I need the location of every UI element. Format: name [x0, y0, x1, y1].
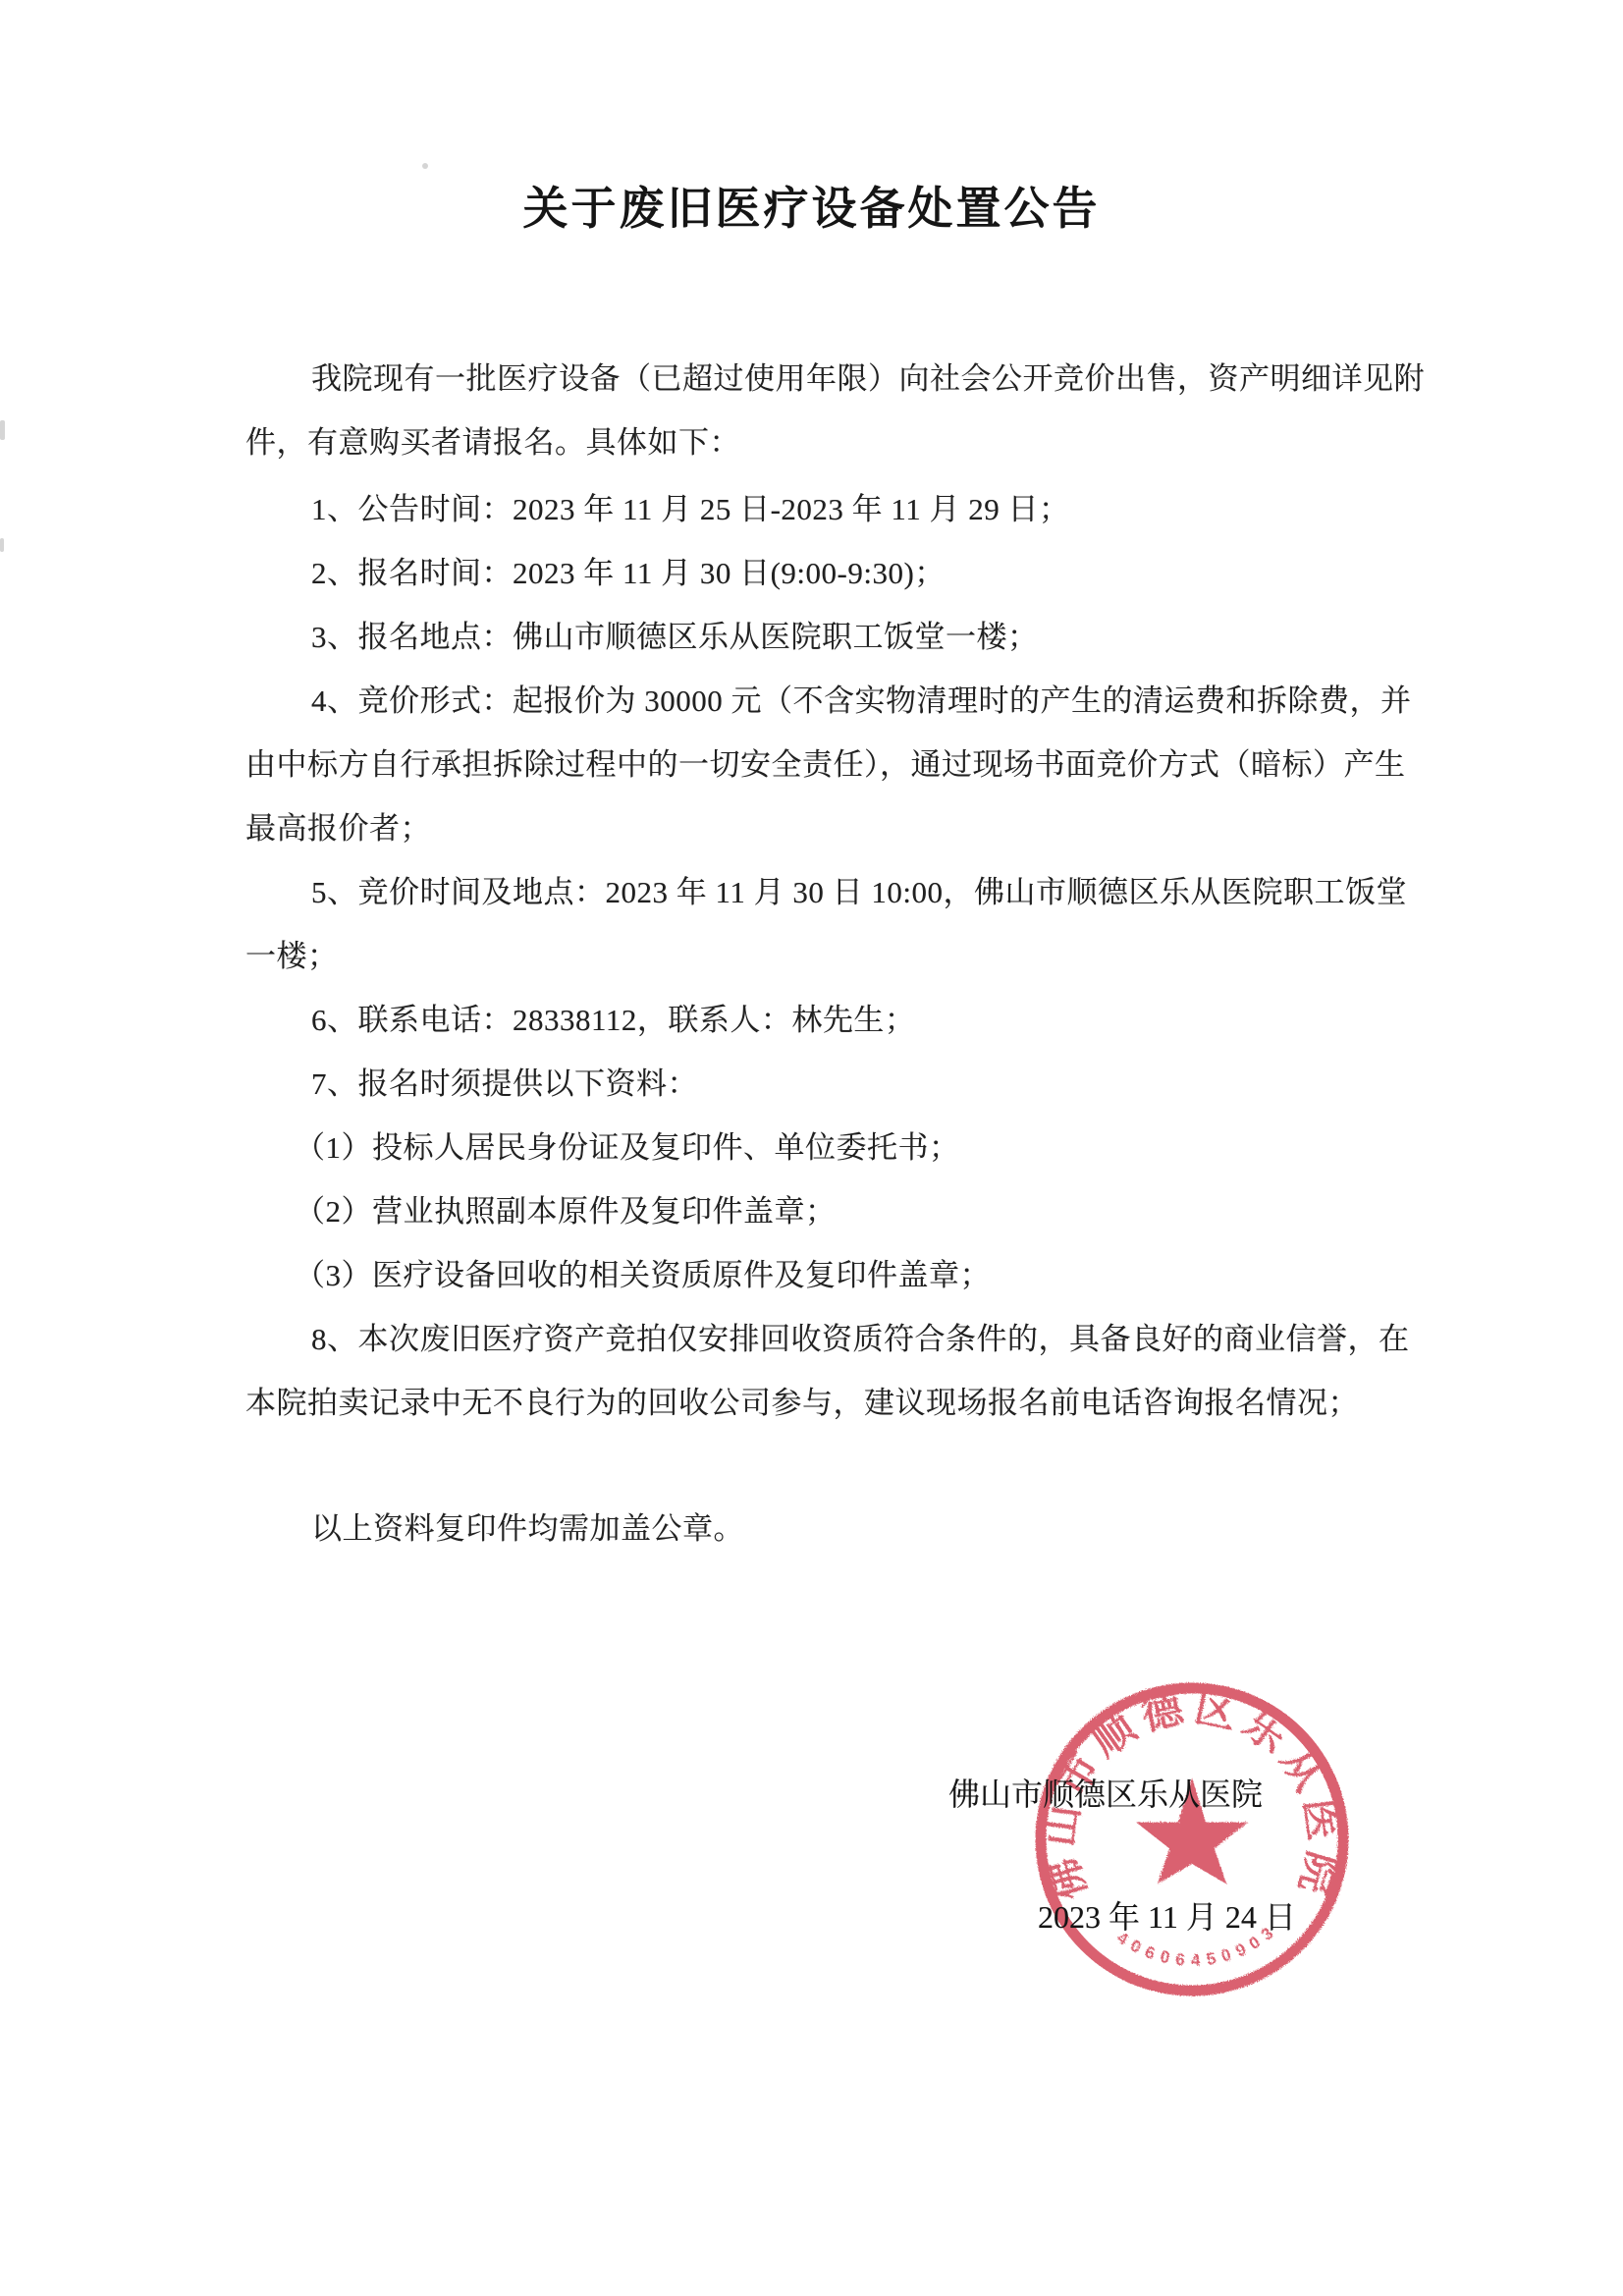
body-line: （2）营业执照副本原件及复印件盖章； — [295, 1192, 837, 1231]
body-line: 最高报价者； — [245, 809, 431, 848]
official-seal: 佛山市顺德区乐从医院 406064509031 — [1028, 1675, 1356, 2003]
signature-org: 佛山市顺德区乐从医院 — [948, 1770, 1263, 1815]
scan-noise-speck — [422, 163, 428, 169]
body-line: 3、报名地点：佛山市顺德区乐从医院职工饭堂一楼； — [311, 618, 1039, 657]
body-line: 件，有意购买者请报名。具体如下： — [245, 423, 740, 463]
body-line: 4、竞价形式：起报价为 30000 元（不含实物清理时的产生的清运费和拆除费，并 — [311, 682, 1412, 721]
document-page: 关于废旧医疗设备处置公告 我院现有一批医疗设备（已超过使用年限）向社会公开竞价出… — [0, 0, 1623, 2296]
scan-noise-edge — [0, 420, 5, 440]
body-line: （1）投标人居民身份证及复印件、单位委托书； — [295, 1128, 960, 1168]
body-line: 由中标方自行承担拆除过程中的一切安全责任），通过现场书面竞价方式（暗标）产生 — [245, 745, 1406, 785]
body-line: 7、报名时须提供以下资料： — [311, 1065, 698, 1104]
body-line: 6、联系电话：28338112，联系人：林先生； — [311, 1001, 915, 1040]
scan-noise-edge — [0, 538, 4, 552]
signature-date: 2023 年 11 月 24 日 — [1038, 1892, 1296, 1938]
body-line: 以上资料复印件均需加盖公章。 — [311, 1509, 744, 1549]
body-line: （3）医疗设备回收的相关资质原件及复印件盖章； — [295, 1256, 991, 1295]
document-title: 关于废旧医疗设备处置公告 — [0, 173, 1623, 238]
body-line: 本院拍卖记录中无不良行为的回收公司参与，建议现场报名前电话咨询报名情况； — [245, 1384, 1359, 1423]
body-line: 5、竞价时间及地点：2023 年 11 月 30 日 10:00，佛山市顺德区乐… — [311, 873, 1407, 912]
body-line: 8、本次废旧医疗资产竞拍仅安排回收资质符合条件的，具备良好的商业信誉，在 — [311, 1320, 1410, 1359]
body-line: 我院现有一批医疗设备（已超过使用年限）向社会公开竞价出售，资产明细详见附 — [311, 359, 1425, 399]
body-line: 1、公告时间：2023 年 11 月 25 日-2023 年 11 月 29 日… — [311, 490, 1070, 529]
body-line: 2、报名时间：2023 年 11 月 30 日(9:00-9:30)； — [311, 554, 946, 593]
body-line: 一楼； — [245, 937, 339, 976]
